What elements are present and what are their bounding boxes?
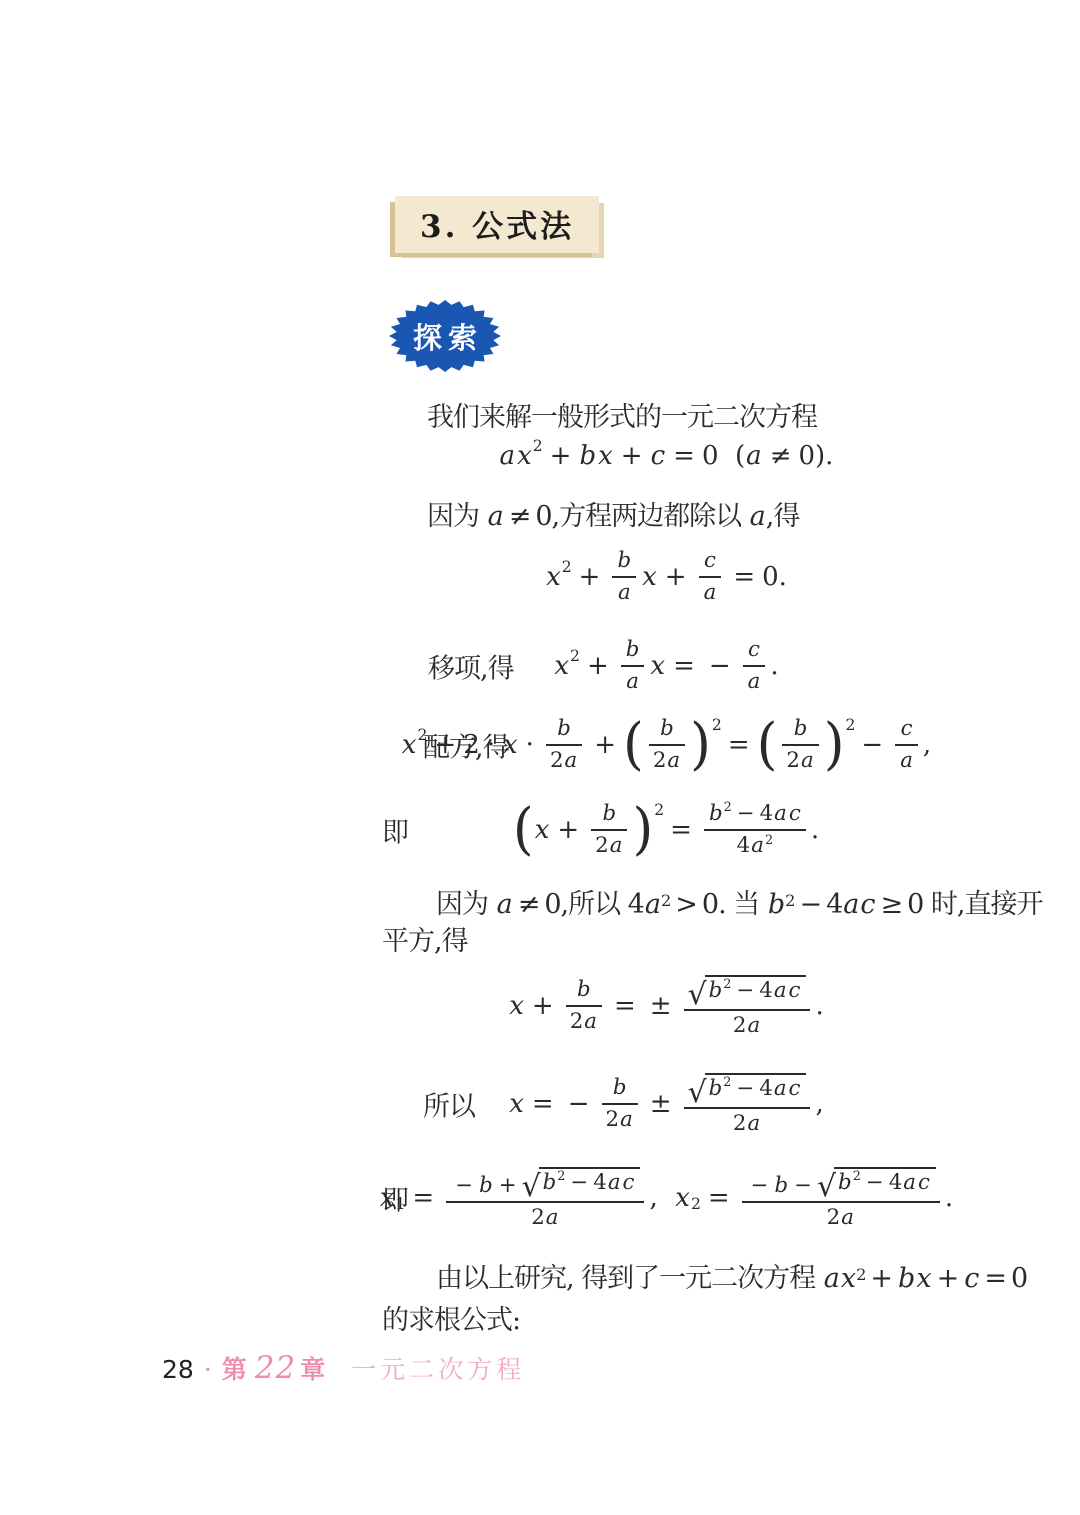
formula-general: ax2+bx+c=0 (a≠0). xyxy=(499,441,834,471)
explore-badge-label: 探索 xyxy=(386,296,504,376)
formula-moved: x2+bax=−ca. xyxy=(553,639,778,694)
paragraph-divide: 因为 a≠0,方程两边都除以 a,得 xyxy=(427,498,799,535)
paragraph-intro: 我们来解一般形式的一元二次方程 xyxy=(427,399,817,436)
chapter-label: 第22章 xyxy=(222,1350,329,1386)
equation-label-namely-1: 即 xyxy=(382,811,408,850)
equation-label-so: 所以 xyxy=(423,1085,475,1124)
equation-sqrt-row: x+b2a=±√b2−4ac2a. xyxy=(382,966,950,1046)
formula-squared: (x+b2a)2=b2−4ac4a2. xyxy=(513,803,819,858)
paragraph-conclusion: 由以上研究, 得到了一元二次方程 ax2+bx+c=0 的求根公式: xyxy=(382,1258,1027,1342)
section-heading: 3. 公式法 xyxy=(395,196,599,253)
formula-x: x=−b2a±√b2−4ac2a, xyxy=(508,1073,824,1136)
equation-moved-row: 移项,得 x2+bax=−ca. xyxy=(382,634,950,698)
textbook-page: 3. 公式法 探索 我们来解一般形式的一元二次方程 ax2+bx+c=0 (a≠… xyxy=(0,0,1080,1515)
equation-divided-row: x2+bax+ca=0. xyxy=(382,545,950,609)
paragraph-divide-text: 因为 a≠0,方程两边都除以 a,得 xyxy=(427,501,799,532)
equation-label-complete: 配方,得 xyxy=(423,726,509,765)
paragraph-conclusion-line1: 由以上研究, 得到了一元二次方程 ax2+bx+c=0 xyxy=(382,1258,1027,1300)
equation-roots-row: 即 x1=−b+√b2−4ac2a, x2=−b−√b2−4ac2a. xyxy=(382,1158,950,1238)
explore-badge: 探索 xyxy=(386,296,504,376)
equation-completed-row: 配方,得 x2+2·x·b2a+(b2a)2=(b2a)2−ca, xyxy=(382,708,950,782)
paragraph-because: 因为 a≠0,所以 4a2>0. 当 b2−4ac≥0 时,直接开 平方,得 xyxy=(382,886,1042,960)
equation-squared-row: 即 (x+b2a)2=b2−4ac4a2. xyxy=(382,792,950,868)
formula-roots: x1=−b+√b2−4ac2a, x2=−b−√b2−4ac2a. xyxy=(379,1167,953,1230)
paragraph-because-line2: 平方,得 xyxy=(382,923,1042,960)
paragraph-conclusion-line2: 的求根公式: xyxy=(382,1300,1027,1342)
page-number: 28 xyxy=(162,1355,194,1384)
section-heading-text: 3. 公式法 xyxy=(420,209,574,245)
equation-label-move: 移项,得 xyxy=(428,647,514,686)
page-footer: 28 · 第22章 一元二次方程 xyxy=(162,1350,525,1386)
footer-separator: · xyxy=(194,1355,222,1384)
formula-divided: x2+bax+ca=0. xyxy=(545,550,787,605)
chapter-title: 一元二次方程 xyxy=(351,1350,525,1386)
equation-x-row: 所以 x=−b2a±√b2−4ac2a, xyxy=(382,1064,950,1144)
equation-general-row: ax2+bx+c=0 (a≠0). xyxy=(382,433,950,479)
formula-sqrt: x+b2a=±√b2−4ac2a. xyxy=(508,975,824,1038)
paragraph-because-line1: 因为 a≠0,所以 4a2>0. 当 b2−4ac≥0 时,直接开 xyxy=(382,886,1042,923)
chapter-number: 22 xyxy=(251,1350,300,1386)
